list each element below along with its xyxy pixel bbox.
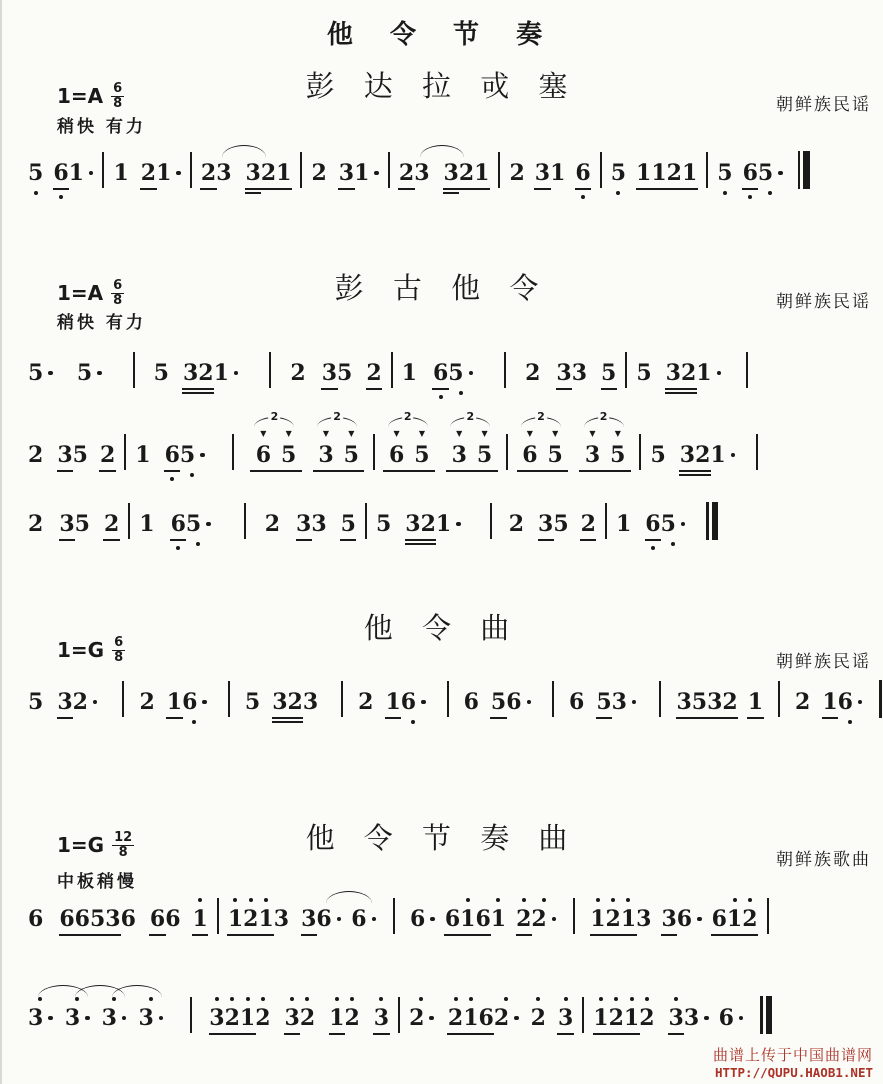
note: 5 bbox=[611, 160, 626, 186]
note: 3 bbox=[339, 160, 354, 186]
note-digit: 5 bbox=[611, 160, 626, 186]
duplet-number: 2 bbox=[269, 411, 281, 422]
note: 6▼2 bbox=[517, 442, 542, 468]
beam-underline bbox=[747, 717, 763, 719]
octave-dot-above bbox=[599, 997, 603, 1001]
note-digit: 2 bbox=[290, 360, 305, 386]
note-digit: 3 bbox=[322, 360, 337, 386]
note: 3 bbox=[558, 1005, 573, 1031]
note: 1 bbox=[167, 689, 182, 715]
note-digit: 2 bbox=[198, 360, 213, 386]
note-digit: 2 bbox=[366, 360, 381, 386]
octave-dot-below bbox=[581, 195, 585, 199]
note-digit: 2 bbox=[399, 160, 414, 186]
note: 3 bbox=[65, 1005, 90, 1031]
note: 3 bbox=[612, 689, 637, 715]
note-digit: 2 bbox=[448, 1005, 463, 1031]
note: 5 bbox=[186, 511, 211, 537]
music-line: 532216532321665665335321216 bbox=[28, 679, 871, 725]
beam-underline bbox=[338, 188, 354, 190]
note-digit: 6 bbox=[75, 906, 90, 932]
note-digit: 1 bbox=[139, 511, 154, 537]
beam-underline bbox=[458, 188, 474, 190]
augmentation-dot bbox=[632, 700, 637, 705]
octave-dot-below bbox=[616, 191, 620, 195]
note-digit: 6 bbox=[316, 906, 331, 932]
beam-underline bbox=[103, 539, 119, 541]
note: 2 bbox=[525, 360, 540, 386]
note-digit: 2 bbox=[344, 1005, 359, 1031]
beam-underline bbox=[239, 1033, 255, 1035]
beam-underline bbox=[605, 470, 631, 472]
note: 2 bbox=[509, 511, 524, 537]
note: 1 bbox=[822, 689, 837, 715]
note: 2 bbox=[695, 442, 710, 468]
barline bbox=[498, 152, 500, 188]
note: 2 bbox=[531, 906, 556, 932]
note: 3 bbox=[303, 689, 318, 715]
barline bbox=[232, 434, 234, 470]
octave-dot-above bbox=[246, 997, 250, 1001]
beam-underline bbox=[53, 188, 69, 190]
octave-dot-below bbox=[848, 720, 852, 724]
note: 5▼ bbox=[409, 442, 434, 468]
note: 1 bbox=[491, 906, 506, 932]
note: 3 bbox=[444, 160, 459, 186]
note-digit: 2 bbox=[667, 160, 682, 186]
barline bbox=[573, 898, 575, 934]
note-digit: 2 bbox=[681, 360, 696, 386]
note: 3 bbox=[538, 511, 553, 537]
note: 2 bbox=[344, 1005, 359, 1031]
duplet-number: 2 bbox=[402, 411, 414, 422]
beam-underline bbox=[383, 470, 409, 472]
octave-dot-below bbox=[651, 546, 655, 550]
note-digit: 2 bbox=[459, 160, 474, 186]
augmentation-dot bbox=[421, 700, 426, 705]
note: 3 bbox=[105, 906, 120, 932]
note-digit: 6 bbox=[677, 906, 692, 932]
note-digit: 5 bbox=[548, 442, 563, 468]
note-digit: 5 bbox=[650, 442, 665, 468]
barline bbox=[300, 152, 302, 188]
beam-underline bbox=[575, 188, 591, 190]
key-signature-3: 1=G 6 8 bbox=[57, 636, 125, 664]
note-digit: 5 bbox=[491, 689, 506, 715]
note-digit: 3 bbox=[558, 1005, 573, 1031]
note: 3 bbox=[57, 689, 72, 715]
beam-underline bbox=[490, 717, 506, 719]
note-digit: 3 bbox=[585, 442, 600, 468]
note-digit: 3 bbox=[612, 689, 627, 715]
note-digit: 3 bbox=[303, 689, 318, 715]
note-digit: 1 bbox=[156, 160, 171, 186]
 bbox=[766, 996, 773, 1034]
note: 6 bbox=[677, 906, 702, 932]
note: 1 bbox=[240, 1005, 255, 1031]
beam-underline bbox=[444, 934, 460, 936]
note: 6 bbox=[719, 1005, 744, 1031]
note: 2 bbox=[448, 1005, 463, 1031]
note-digit: 2 bbox=[795, 689, 810, 715]
note: 3 bbox=[684, 1005, 709, 1031]
octave-dot-above bbox=[249, 898, 253, 902]
note-digit: 5 bbox=[376, 511, 391, 537]
beam-underline bbox=[722, 717, 738, 719]
note: 5 bbox=[341, 511, 356, 537]
note-digit: 6 bbox=[351, 906, 366, 932]
note: 6 bbox=[645, 511, 660, 537]
music-line: 333332123212322162231212336 bbox=[28, 995, 871, 1041]
note: 6 bbox=[506, 689, 531, 715]
note-digit: 5 bbox=[28, 689, 43, 715]
note-digit: 5 bbox=[77, 360, 92, 386]
note: 2 bbox=[261, 160, 276, 186]
note-digit: 6 bbox=[838, 689, 853, 715]
note-digit: 5 bbox=[180, 442, 195, 468]
note-digit: 6 bbox=[743, 160, 758, 186]
 bbox=[803, 151, 810, 189]
note-digit: 6 bbox=[171, 511, 186, 537]
beam-underline bbox=[200, 188, 216, 190]
note: 3 bbox=[274, 906, 289, 932]
augmentation-dot bbox=[89, 171, 94, 176]
beam-underline bbox=[534, 188, 550, 190]
accent-arrow-icon: ▼ bbox=[615, 429, 621, 437]
augmentation-dot bbox=[97, 371, 102, 376]
beam-underline bbox=[245, 192, 261, 194]
beam-underline bbox=[605, 934, 621, 936]
key-signature-4: 1=G 12 8 bbox=[57, 831, 134, 859]
note-digit: 3 bbox=[666, 360, 681, 386]
note-digit: 5 bbox=[661, 511, 676, 537]
note-digit: 5 bbox=[414, 442, 429, 468]
note: 1 bbox=[616, 511, 631, 537]
octave-dot-above bbox=[419, 997, 423, 1001]
beam-underline bbox=[691, 717, 707, 719]
note: 6 bbox=[59, 906, 74, 932]
note-digit: 1 bbox=[228, 906, 243, 932]
note-digit: 2 bbox=[509, 511, 524, 537]
note-digit: 2 bbox=[28, 442, 43, 468]
beam-underline bbox=[620, 934, 636, 936]
note: 2 bbox=[606, 906, 621, 932]
augmentation-dot bbox=[159, 1016, 164, 1021]
note-digit: 3 bbox=[105, 906, 120, 932]
beam-underline bbox=[105, 934, 121, 936]
note: 5 bbox=[73, 442, 88, 468]
final-barline bbox=[798, 151, 810, 189]
note-digit: 2 bbox=[300, 1005, 315, 1031]
note: 5 bbox=[650, 442, 665, 468]
note-digit: 2 bbox=[100, 442, 115, 468]
beam-underline bbox=[321, 388, 337, 390]
augmentation-dot bbox=[552, 917, 557, 922]
note: 1 bbox=[329, 1005, 344, 1031]
note: 6 bbox=[475, 906, 490, 932]
note-digit: 3 bbox=[65, 1005, 80, 1031]
note: 6 bbox=[464, 689, 479, 715]
note-digit: 5 bbox=[692, 689, 707, 715]
note-digit: 1 bbox=[354, 160, 369, 186]
note-digit: 3 bbox=[405, 511, 420, 537]
note-digit: 1 bbox=[621, 906, 636, 932]
note: 1 bbox=[156, 160, 181, 186]
note-digit: 2 bbox=[639, 1005, 654, 1031]
note-digit: 1 bbox=[240, 1005, 255, 1031]
beam-underline bbox=[329, 1033, 345, 1035]
augmentation-dot bbox=[731, 453, 736, 458]
note: 2 bbox=[366, 360, 381, 386]
watermark: 曲谱上传于中国曲谱网 HTTP://QUPU.HAOB1.NET bbox=[713, 1044, 873, 1080]
note: 1 bbox=[727, 906, 742, 932]
note: 1 bbox=[354, 160, 379, 186]
octave-dot-above bbox=[198, 898, 202, 902]
beam-underline bbox=[301, 934, 317, 936]
note-digit: 3 bbox=[102, 1005, 117, 1031]
note: 3▼2 bbox=[447, 442, 472, 468]
note: 6 bbox=[743, 160, 758, 186]
note: 3 bbox=[183, 360, 198, 386]
note-digit: 5 bbox=[758, 160, 773, 186]
beam-underline bbox=[742, 188, 758, 190]
note-digit: 3 bbox=[272, 689, 287, 715]
beam-underline bbox=[668, 1033, 684, 1035]
note-digit: 3 bbox=[318, 442, 333, 468]
note: 3 bbox=[102, 1005, 127, 1031]
note-digit: 3 bbox=[246, 160, 261, 186]
beam-underline bbox=[198, 388, 214, 390]
augmentation-dot bbox=[858, 700, 863, 705]
beam-underline bbox=[250, 470, 276, 472]
key-note: 1=G bbox=[57, 638, 104, 662]
beam-underline bbox=[590, 934, 606, 936]
note-digit: 6 bbox=[401, 689, 416, 715]
note-digit: 6 bbox=[410, 906, 425, 932]
beam-underline bbox=[447, 1033, 463, 1035]
note-digit: 1 bbox=[329, 1005, 344, 1031]
beam-underline bbox=[651, 188, 667, 190]
note: 6 bbox=[171, 511, 186, 537]
note-digit: 1 bbox=[491, 906, 506, 932]
beam-underline bbox=[645, 539, 661, 541]
octave-dot-above bbox=[496, 898, 500, 902]
credit-3: 朝鲜族民谣 bbox=[776, 647, 871, 672]
beam-underline bbox=[224, 1033, 240, 1035]
beam-underline bbox=[475, 934, 491, 936]
beam-underline bbox=[580, 539, 596, 541]
beam-underline bbox=[170, 539, 186, 541]
accent-arrow-icon: ▼ bbox=[481, 429, 487, 437]
barline bbox=[217, 898, 219, 934]
beam-underline bbox=[538, 539, 554, 541]
key-note: 1=A bbox=[57, 84, 103, 108]
note-digit: 3 bbox=[28, 1005, 43, 1031]
note: 5▼ bbox=[605, 442, 630, 468]
octave-dot-below bbox=[170, 477, 174, 481]
accent-arrow-icon: ▼ bbox=[286, 429, 292, 437]
 bbox=[706, 502, 709, 540]
note-digit: 5 bbox=[717, 160, 732, 186]
barline bbox=[228, 681, 230, 717]
beam-underline bbox=[679, 474, 695, 476]
note: 2 bbox=[311, 160, 326, 186]
note-digit: 5 bbox=[601, 360, 616, 386]
octave-dot-above bbox=[469, 997, 473, 1001]
note-digit: 5 bbox=[28, 360, 43, 386]
note-digit: 6 bbox=[464, 689, 479, 715]
octave-dot-above bbox=[233, 898, 237, 902]
beam-underline bbox=[192, 934, 208, 936]
note-digit: 3 bbox=[57, 442, 72, 468]
note: 6 bbox=[445, 906, 460, 932]
beam-underline bbox=[260, 188, 276, 190]
note-digit: 3 bbox=[296, 511, 311, 537]
duplet-number: 2 bbox=[535, 411, 547, 422]
note: 1 bbox=[682, 160, 697, 186]
note: 1 bbox=[402, 360, 417, 386]
note-digit: 3 bbox=[339, 160, 354, 186]
octave-dot-above bbox=[522, 898, 526, 902]
barline bbox=[767, 898, 769, 934]
beam-underline bbox=[385, 717, 401, 719]
duplet-number: 2 bbox=[598, 411, 610, 422]
note: 3 bbox=[28, 1005, 53, 1031]
final-barline bbox=[879, 680, 883, 718]
note-digit: 6 bbox=[645, 511, 660, 537]
note-digit: 1 bbox=[402, 360, 417, 386]
note-digit: 6 bbox=[433, 360, 448, 386]
barline bbox=[398, 997, 400, 1033]
note-digit: 1 bbox=[69, 160, 84, 186]
barline bbox=[341, 681, 343, 717]
key-note: 1=A bbox=[57, 281, 103, 305]
octave-dot-above bbox=[626, 898, 630, 902]
note-digit: 6 bbox=[475, 906, 490, 932]
accent-arrow-icon: ▼ bbox=[260, 429, 266, 437]
octave-dot-above bbox=[596, 898, 600, 902]
note-digit: 3 bbox=[216, 160, 231, 186]
note: 1 bbox=[436, 511, 461, 537]
note: 1 bbox=[139, 511, 154, 537]
key-note: 1=G bbox=[57, 833, 104, 857]
beam-underline bbox=[432, 388, 448, 390]
note-digit: 6 bbox=[575, 160, 590, 186]
beam-underline bbox=[296, 539, 312, 541]
note: 6 bbox=[410, 906, 435, 932]
note-digit: 6 bbox=[522, 442, 537, 468]
note: 5 bbox=[596, 689, 611, 715]
note-digit: 6 bbox=[506, 689, 521, 715]
note: 5 bbox=[28, 689, 43, 715]
note: 5 bbox=[180, 442, 205, 468]
beam-underline bbox=[471, 470, 497, 472]
beam-underline bbox=[338, 470, 364, 472]
note-digit: 6 bbox=[712, 906, 727, 932]
note-digit: 2 bbox=[243, 906, 258, 932]
octave-dot-above bbox=[611, 898, 615, 902]
accent-arrow-icon: ▼ bbox=[456, 429, 462, 437]
beam-underline bbox=[676, 717, 692, 719]
note-digit: 1 bbox=[474, 160, 489, 186]
note-digit: 5 bbox=[245, 689, 260, 715]
note: 3 bbox=[59, 511, 74, 537]
augmentation-dot bbox=[48, 371, 53, 376]
note-digit: 1 bbox=[590, 906, 605, 932]
beam-underline bbox=[601, 388, 617, 390]
barline bbox=[506, 434, 508, 470]
beam-underline bbox=[665, 392, 681, 394]
beam-underline bbox=[680, 392, 696, 394]
note: 5 bbox=[448, 360, 473, 386]
music-line: 555321235216523355321 bbox=[28, 350, 871, 396]
note-digit: 1 bbox=[822, 689, 837, 715]
note: 2 bbox=[581, 511, 596, 537]
octave-dot-below bbox=[59, 195, 63, 199]
beam-underline bbox=[463, 1033, 479, 1035]
beam-underline bbox=[516, 934, 532, 936]
note: 1 bbox=[276, 160, 291, 186]
note-digit: 2 bbox=[261, 160, 276, 186]
note-digit: 6 bbox=[182, 689, 197, 715]
note: 3 bbox=[138, 1005, 163, 1031]
augmentation-dot bbox=[176, 171, 181, 176]
note: 2 bbox=[225, 1005, 240, 1031]
beam-underline bbox=[665, 388, 681, 390]
octave-dot-above bbox=[290, 997, 294, 1001]
note-digit: 5 bbox=[337, 360, 352, 386]
note: 6 bbox=[838, 689, 863, 715]
note: 5 bbox=[90, 906, 105, 932]
note-digit: 6 bbox=[719, 1005, 734, 1031]
note: 1 bbox=[228, 906, 243, 932]
tempo-1: 稍快 有力 bbox=[57, 112, 146, 137]
note-digit: 1 bbox=[727, 906, 742, 932]
song-title-2: 彭 古 他 令 bbox=[0, 266, 883, 307]
note-digit: 2 bbox=[358, 689, 373, 715]
note: 6 bbox=[351, 906, 376, 932]
note: 2 bbox=[243, 906, 258, 932]
note-digit: 3 bbox=[684, 1005, 699, 1031]
note: 2 bbox=[300, 1005, 315, 1031]
beam-underline bbox=[182, 388, 198, 390]
note-digit: 3 bbox=[374, 1005, 389, 1031]
music-line: 5611212332123123321231651121565 bbox=[28, 150, 871, 196]
note-digit: 1 bbox=[593, 1005, 608, 1031]
note-digit: 3 bbox=[183, 360, 198, 386]
duplet-number: 2 bbox=[331, 411, 343, 422]
note: 1 bbox=[113, 160, 128, 186]
note-digit: 1 bbox=[193, 906, 208, 932]
augmentation-dot bbox=[93, 700, 98, 705]
note: 6 bbox=[479, 1005, 494, 1031]
augmentation-dot bbox=[469, 371, 474, 376]
note-digit: 3 bbox=[209, 1005, 224, 1031]
octave-dot-above bbox=[733, 898, 737, 902]
watermark-site-name: 曲谱上传于中国曲谱网 bbox=[713, 1044, 873, 1065]
note: 3 bbox=[285, 1005, 300, 1031]
note: 2 bbox=[28, 442, 43, 468]
note: 5 bbox=[491, 689, 506, 715]
barline bbox=[388, 152, 390, 188]
note-digit: 1 bbox=[436, 511, 451, 537]
note: 2 bbox=[358, 689, 373, 715]
beam-underline bbox=[420, 539, 436, 541]
note: 3 bbox=[405, 511, 420, 537]
beam-underline bbox=[227, 934, 243, 936]
beam-underline bbox=[287, 717, 303, 719]
octave-dot-above bbox=[630, 997, 634, 1001]
